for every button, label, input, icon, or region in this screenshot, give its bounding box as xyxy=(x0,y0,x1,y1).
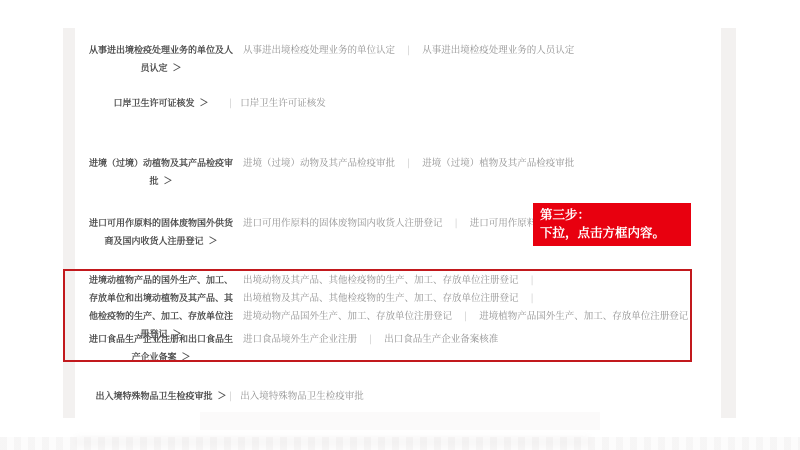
approval-link[interactable]: 进境（过境）植物及其产品检疫审批 xyxy=(422,155,574,173)
approval-link[interactable]: 进境植物产品国外生产、加工、存放单位注册登记 xyxy=(479,308,688,326)
link-separator: | xyxy=(464,308,467,326)
approval-category-label[interactable]: 口岸卫生许可证核发＞ xyxy=(88,95,234,113)
approval-links: 进境（过境）动物及其产品检疫审批|进境（过境）植物及其产品检疫审批 xyxy=(243,155,701,173)
link-separator: | xyxy=(407,155,410,173)
footer-faded-block xyxy=(200,412,600,430)
customs-approval-page: 从事进出境检疫处理业务的单位及人员认定＞ 从事进出境检疫处理业务的单位认定|从事… xyxy=(0,0,800,450)
approval-links: 从事进出境检疫处理业务的单位认定|从事进出境检疫处理业务的人员认定 xyxy=(243,42,701,60)
chevron-right-icon: ＞ xyxy=(218,387,227,407)
approval-link[interactable]: 出入境特殊物品卫生检疫审批 xyxy=(240,388,364,406)
approval-link[interactable]: 进境动物产品国外生产、加工、存放单位注册登记 xyxy=(243,308,452,326)
footer-blur-bar xyxy=(0,437,800,450)
approval-category-text: 从事进出境检疫处理业务的单位及人员认定 xyxy=(89,46,233,74)
approval-category-text: 进境（过境）动植物及其产品检疫审批 xyxy=(89,159,233,187)
link-separator: | xyxy=(229,388,232,406)
step-annotation: 第三步： 下拉，点击方框内容。 xyxy=(533,203,691,246)
page-gutter-right[interactable] xyxy=(721,28,736,418)
step-annotation-instruction: 下拉，点击方框内容。 xyxy=(540,224,684,242)
link-separator: | xyxy=(407,42,410,60)
chevron-right-icon: ＞ xyxy=(200,94,209,114)
approval-category-label[interactable]: 进口食品生产企业注册和出口食品生产企业备案＞ xyxy=(88,331,234,367)
approval-category-label[interactable]: 出入境特殊物品卫生检疫审批＞ xyxy=(88,388,234,406)
approval-category-label[interactable]: 进口可用作原料的固体废物国外供货商及国内收货人注册登记＞ xyxy=(88,215,234,251)
chevron-right-icon: ＞ xyxy=(164,172,173,192)
link-separator: | xyxy=(369,331,372,349)
approval-category-text: 进口食品生产企业注册和出口食品生产企业备案 xyxy=(89,335,233,363)
approval-link[interactable]: 出境植物及其产品、其他检疫物的生产、加工、存放单位注册登记 xyxy=(243,290,519,308)
approval-link[interactable]: 出口食品生产企业备案核准 xyxy=(384,331,498,349)
approval-category-text: 出入境特殊物品卫生检疫审批 xyxy=(95,392,212,402)
approval-links: 进口食品境外生产企业注册|出口食品生产企业备案核准 xyxy=(243,331,701,349)
approval-link[interactable]: 口岸卫生许可证核发 xyxy=(240,95,326,113)
approval-link[interactable]: 进口可用作原料的固体废物国内收货人注册登记 xyxy=(243,215,443,233)
chevron-right-icon: ＞ xyxy=(209,232,218,252)
approval-link[interactable]: 从事进出境检疫处理业务的人员认定 xyxy=(422,42,574,60)
approval-links: 出境动物及其产品、其他检疫物的生产、加工、存放单位注册登记|出境植物及其产品、其… xyxy=(243,272,701,326)
link-separator: | xyxy=(531,290,534,308)
approval-category-text: 口岸卫生许可证核发 xyxy=(113,99,194,109)
approval-links: |口岸卫生许可证核发 xyxy=(243,95,701,113)
link-separator: | xyxy=(531,272,534,290)
approval-category-label[interactable]: 从事进出境检疫处理业务的单位及人员认定＞ xyxy=(88,42,234,78)
page-gutter-left xyxy=(63,28,75,418)
approval-link[interactable]: 进口食品境外生产企业注册 xyxy=(243,331,357,349)
link-separator: | xyxy=(455,215,458,233)
approval-link[interactable]: 从事进出境检疫处理业务的单位认定 xyxy=(243,42,395,60)
approval-category-label[interactable]: 进境（过境）动植物及其产品检疫审批＞ xyxy=(88,155,234,191)
approval-link[interactable]: 出境动物及其产品、其他检疫物的生产、加工、存放单位注册登记 xyxy=(243,272,519,290)
approval-links: |出入境特殊物品卫生检疫审批 xyxy=(243,388,701,406)
chevron-right-icon: ＞ xyxy=(182,348,191,368)
link-separator: | xyxy=(229,95,232,113)
chevron-right-icon: ＞ xyxy=(173,59,182,79)
step-annotation-title: 第三步： xyxy=(540,206,684,224)
approval-link[interactable]: 进境（过境）动物及其产品检疫审批 xyxy=(243,155,395,173)
